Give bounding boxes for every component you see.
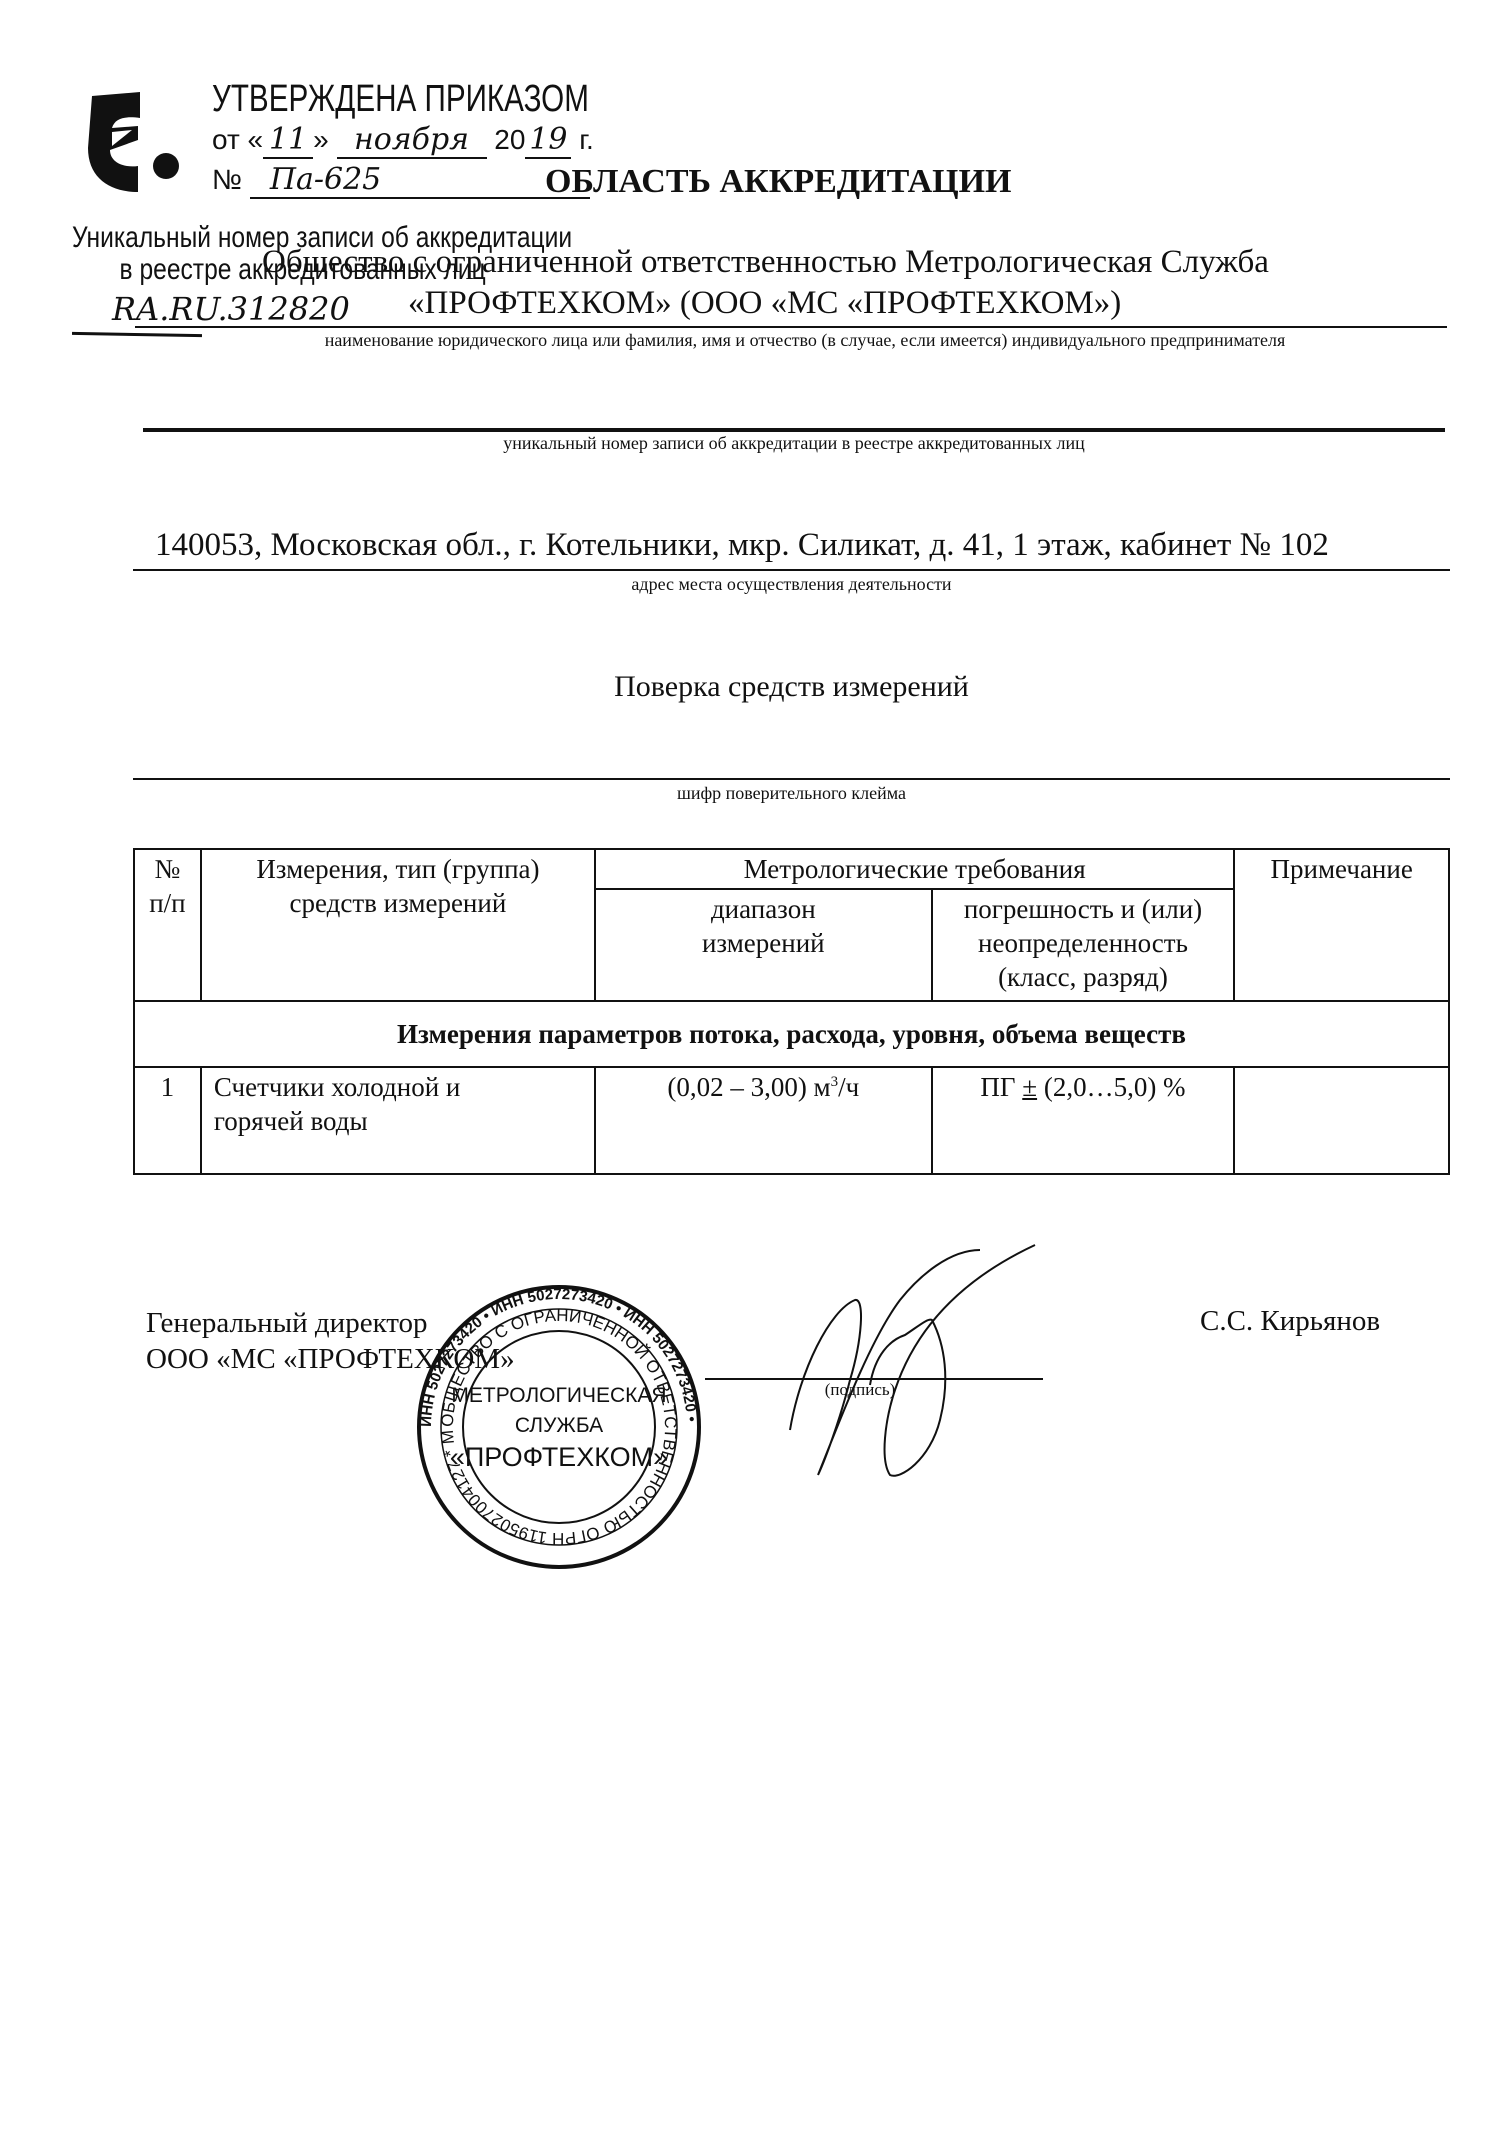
header-note: Примечание [1234, 849, 1449, 1001]
approval-number-row: № Па-625 [212, 162, 590, 199]
range-value: (0,02 – 3,00) м [667, 1072, 830, 1102]
approval-day: 11 [263, 122, 313, 159]
approval-year: 19 [525, 122, 571, 159]
range-unit: /ч [838, 1072, 859, 1102]
table-section-row: Измерения параметров потока, расхода, ур… [134, 1001, 1449, 1067]
approval-year-prefix: 20 [494, 124, 525, 155]
approval-date-prefix: от « [212, 124, 263, 155]
header-range: диапазон измерений [595, 889, 932, 1001]
stamp-code-caption: шифр поверительного клейма [133, 783, 1450, 804]
activity-title: Поверка средств измерений [133, 670, 1450, 704]
cell-range: (0,02 – 3,00) м3/ч [595, 1067, 932, 1174]
approval-date-row: от «11» ноября 2019 г. [212, 122, 594, 159]
stamp-underline-stroke [72, 332, 202, 337]
registry-number-caption: уникальный номер записи об аккредитации … [143, 433, 1445, 454]
organization-name-line1: Общество с ограниченной ответственностью… [262, 244, 1269, 281]
approval-year-unit: г. [579, 124, 594, 155]
seal-icon: ИНН 5027273420 • ИНН 5027273420 • ИНН 50… [414, 1282, 704, 1572]
signatory-name: С.С. Кирьянов [1200, 1305, 1380, 1338]
stamp-code-underline [133, 778, 1450, 780]
seal-center-line3: «ПРОФТЕХКОМ» [450, 1442, 668, 1472]
organization-name-caption: наименование юридического лица или фамил… [185, 330, 1425, 351]
address-underline [133, 569, 1450, 571]
activity-address: 140053, Московская обл., г. Котельники, … [155, 527, 1329, 564]
registry-number-handwritten: RA.RU.312820 [112, 290, 350, 328]
address-caption: адрес места осуществления деятельности [133, 574, 1450, 595]
section-title: Измерения параметров потока, расхода, ур… [134, 1001, 1449, 1067]
accuracy-prefix: ПГ [980, 1072, 1022, 1102]
header-metrological: Метрологические требования [595, 849, 1234, 889]
accreditation-logo-icon [80, 88, 180, 198]
cell-note [1234, 1067, 1449, 1174]
approval-quote-close: » [313, 124, 329, 155]
header-accuracy: погрешность и (или) неопределенность (кл… [932, 889, 1235, 1001]
header-num: № п/п [134, 849, 201, 1001]
accuracy-value: (2,0…5,0) % [1037, 1072, 1185, 1102]
organization-name-line2: «ПРОФТЕХКОМ» (ООО «МС «ПРОФТЕХКОМ») [408, 285, 1121, 322]
table-header-row: № п/п Измерения, тип (группа) средств из… [134, 849, 1449, 889]
approval-title: УТВЕРЖДЕНА ПРИКАЗОМ [212, 78, 589, 121]
table-row: 1 Счетчики холодной и горячей воды (0,02… [134, 1067, 1449, 1174]
registry-number-underline [143, 428, 1445, 432]
organization-seal: ИНН 5027273420 • ИНН 5027273420 • ИНН 50… [414, 1282, 704, 1572]
seal-center-line2: СЛУЖБА [515, 1414, 603, 1437]
cell-num: 1 [134, 1067, 201, 1174]
header-measurement: Измерения, тип (группа) средств измерени… [201, 849, 595, 1001]
document-title: ОБЛАСТЬ АККРЕДИТАЦИИ [545, 163, 1012, 201]
seal-center-line1: МЕТРОЛОГИЧЕСКАЯ [451, 1384, 666, 1407]
approval-number: Па-625 [250, 162, 590, 199]
approval-number-prefix: № [212, 164, 242, 195]
handwritten-signature-icon [780, 1220, 1040, 1480]
accreditation-scope-table: № п/п Измерения, тип (группа) средств из… [133, 848, 1450, 1175]
approval-month: ноября [337, 122, 487, 159]
cell-measurement: Счетчики холодной и горячей воды [201, 1067, 595, 1174]
cell-accuracy: ПГ ± (2,0…5,0) % [932, 1067, 1235, 1174]
organization-name-underline [135, 326, 1447, 328]
plus-minus-icon: ± [1022, 1072, 1037, 1102]
